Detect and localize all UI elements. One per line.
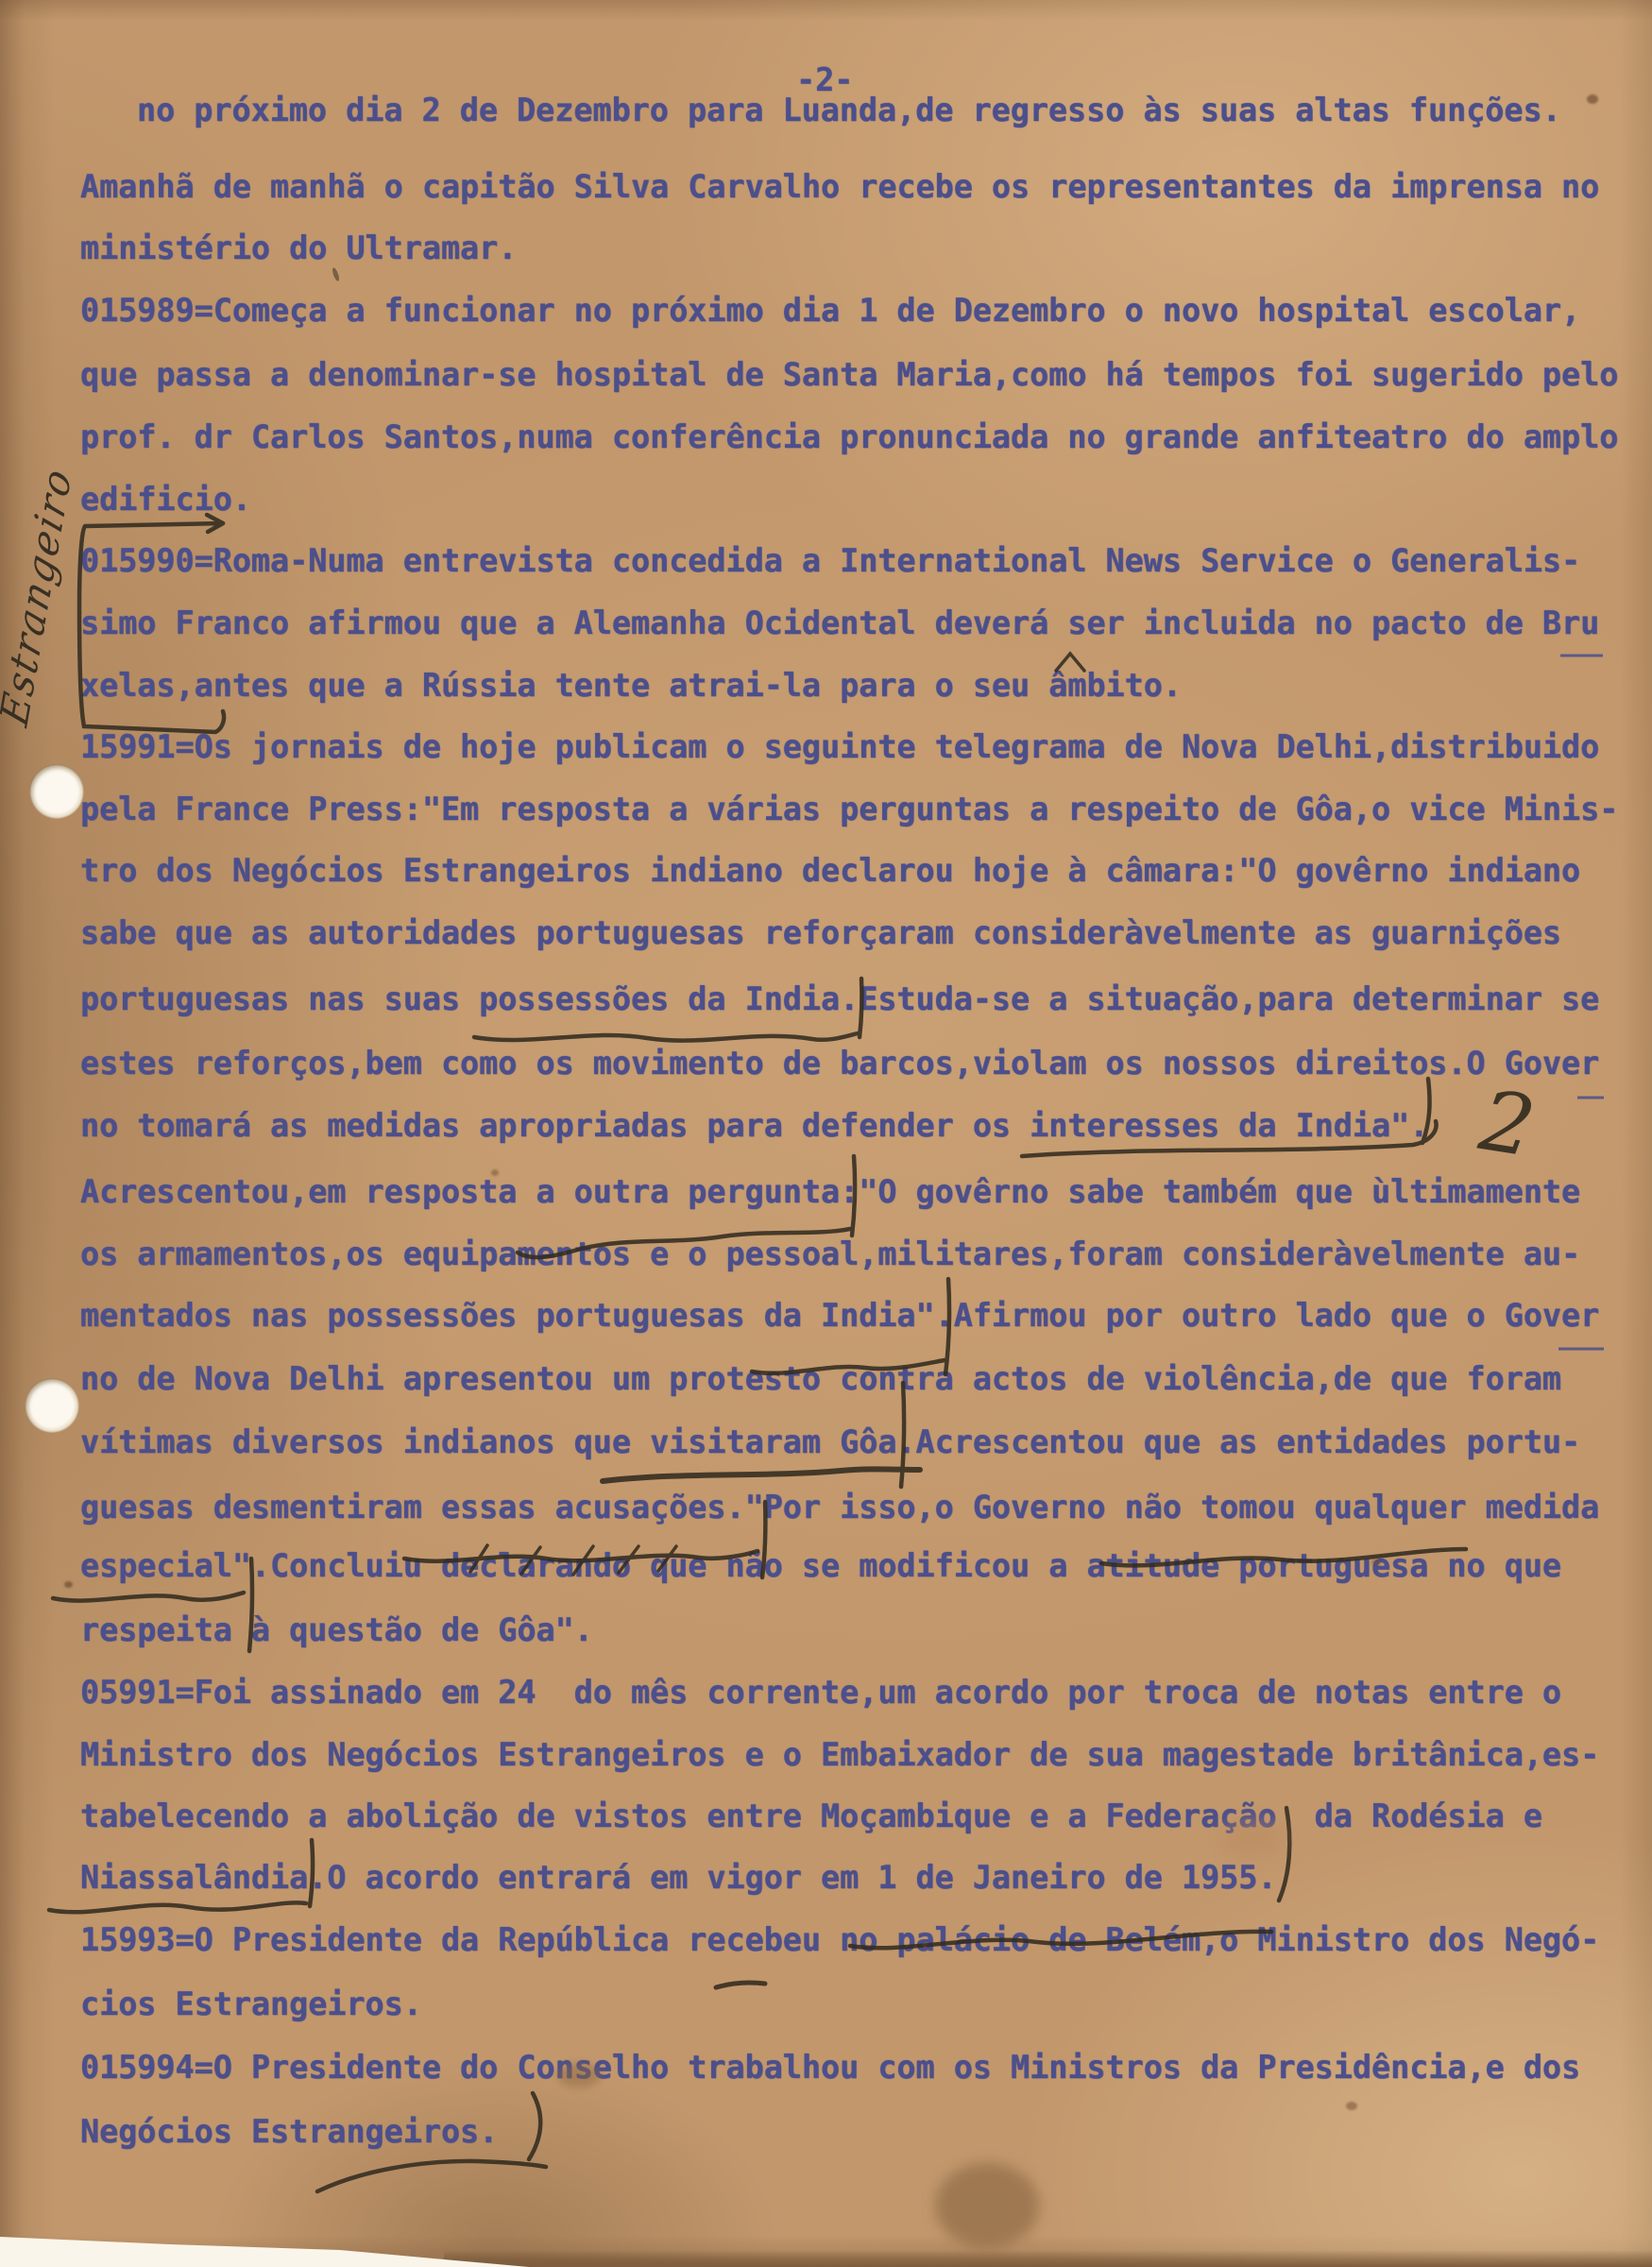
typed-line: Ministro dos Negócios Estrangeiros e o E… [80,1736,1599,1774]
typed-line: 15993=O Presidente da República recebeu … [80,1921,1599,1959]
typed-line: que passa a denominar-se hospital de San… [80,356,1618,394]
typed-line: cios Estrangeiros. [80,1986,422,2023]
typed-line: edificio. [80,481,251,519]
typed-line: mentados nas possessões portuguesas da I… [80,1297,1599,1335]
typed-line: 15991=Os jornais de hoje publicam o segu… [80,728,1599,766]
typed-line: prof. dr Carlos Santos,numa conferência … [80,418,1618,456]
typed-line: vítimas diversos indianos que visitaram … [80,1423,1580,1461]
typed-line: 015994=O Presidente do Conselho trabalho… [80,2049,1580,2087]
typed-line: sabe que as autoridades portuguesas refo… [80,914,1561,952]
typed-line: pela France Press:"Em resposta a várias … [80,791,1618,828]
typed-line: Niassalândia.O acordo entrará em vigor e… [80,1859,1276,1897]
typed-line: Acrescentou,em resposta a outra pergunta… [80,1173,1580,1211]
typed-line: xelas,antes que a Rússia tente atrai-la … [80,667,1182,705]
typed-line: no próximo dia 2 de Dezembro para Luanda… [137,92,1561,129]
punch-hole [29,764,84,819]
typed-line: Amanhã de manhã o capitão Silva Carvalho… [80,168,1599,206]
typed-line: ministério do Ultramar. [80,230,517,267]
typed-line: 05991=Foi assinado em 24 do mês corrente… [80,1674,1561,1712]
typed-line: tabelecendo a abolição de vistos entre M… [80,1798,1542,1835]
punch-hole [25,1378,79,1433]
typed-line: Negócios Estrangeiros. [80,2113,498,2151]
typed-line: tro dos Negócios Estrangeiros indiano de… [80,852,1580,890]
typed-line: estes reforços,bem como os movimento de … [80,1045,1599,1082]
typed-line: os armamentos,os equipamentos e o pessoa… [80,1236,1580,1273]
page-under-edge [444,2250,1652,2267]
typed-line: guesas desmentiram essas acusações."Por … [80,1489,1599,1526]
typed-line: no tomará as medidas apropriadas para de… [80,1107,1428,1145]
typed-line: no de Nova Delhi apresentou um protesto … [80,1360,1561,1398]
typed-line: especial".Concluiu declarando que não se… [80,1547,1561,1585]
typed-line: 015990=Roma-Numa entrevista concedida a … [80,542,1580,580]
typed-line: respeita à questão de Gôa". [80,1611,593,1649]
typed-line: portuguesas nas suas possessões da India… [80,980,1599,1018]
typed-line: simo Franco afirmou que a Alemanha Ocide… [80,605,1599,642]
typed-line: 015989=Começa a funcionar no próximo dia… [80,292,1580,330]
